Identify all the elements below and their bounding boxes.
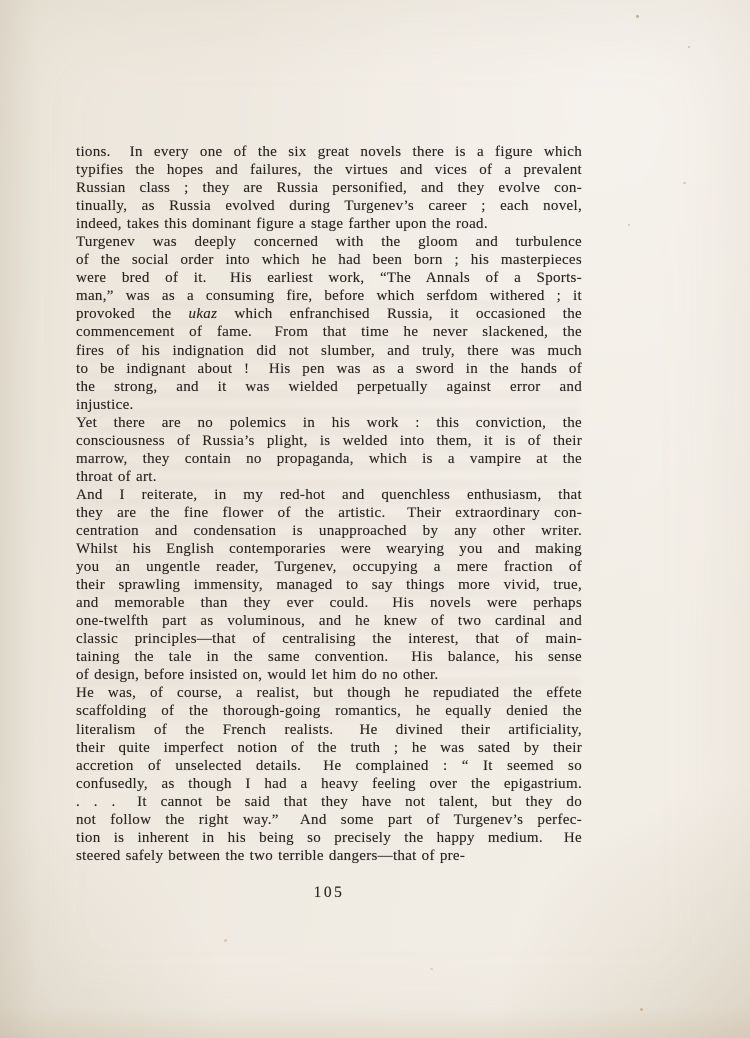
text-line: to be indignant about ! His pen was as a…	[76, 360, 582, 378]
paper-speck	[628, 224, 630, 226]
paper-speck	[683, 182, 686, 184]
text-line: man,” was as a consuming fire, before wh…	[76, 287, 582, 305]
text-line: injustice.	[76, 396, 582, 414]
text-line: the strong, and it was wielded perpetual…	[76, 378, 582, 396]
paper-speck	[640, 1008, 643, 1011]
text-line: their sprawling immensity, managed to sa…	[76, 576, 582, 594]
text-line: Russian class ; they are Russia personif…	[76, 179, 582, 197]
text-line: accretion of unselected details. He comp…	[76, 757, 582, 775]
text-line: provoked the ukaz which enfranchised Rus…	[76, 305, 582, 323]
text-line: of the social order into which he had be…	[76, 251, 582, 269]
italic-word: ukaz	[189, 306, 218, 322]
book-page: tions. In every one of the six great nov…	[0, 0, 750, 1038]
text-line: tion is inherent in his being so precise…	[76, 829, 582, 847]
text-line: classic principles—that of centralising …	[76, 630, 582, 648]
text-line: marrow, they contain no propaganda, whic…	[76, 450, 582, 468]
text-line: centration and condensation is unapproac…	[76, 522, 582, 540]
text-line: not follow the right way.” And some part…	[76, 811, 582, 829]
paragraph: tions. In every one of the six great nov…	[76, 143, 582, 233]
text-line: confusedly, as though I had a heavy feel…	[76, 775, 582, 793]
paragraph: Yet there are no polemics in his work : …	[76, 414, 582, 486]
text-line: . . . It cannot be said that they have n…	[76, 793, 582, 811]
text-line: tions. In every one of the six great nov…	[76, 143, 582, 161]
paper-speck	[688, 46, 690, 48]
text-line: and memorable than they ever could. His …	[76, 594, 582, 612]
text-line: commencement of fame. From that time he …	[76, 323, 582, 341]
paragraph: He was, of course, a realist, but though…	[76, 684, 582, 864]
text-line: of design, before insisted on, would let…	[76, 666, 582, 684]
page-number: 105	[76, 884, 582, 902]
text-line: were bred of it. His earliest work, “The…	[76, 269, 582, 287]
text-line: their quite imperfect notion of the trut…	[76, 739, 582, 757]
text-line: literalism of the French realists. He di…	[76, 721, 582, 739]
text-line: He was, of course, a realist, but though…	[76, 684, 582, 702]
paper-speck	[636, 15, 639, 18]
text-line: Whilst his English contemporaries were w…	[76, 540, 582, 558]
text-line: taining the tale in the same convention.…	[76, 648, 582, 666]
text-line: Turgenev was deeply concerned with the g…	[76, 233, 582, 251]
paper-speck	[224, 939, 227, 942]
paper-speck	[430, 968, 433, 970]
text-line: Yet there are no polemics in his work : …	[76, 414, 582, 432]
text-line: one-twelfth part as voluminous, and he k…	[76, 612, 582, 630]
text-line: And I reiterate, in my red-hot and quenc…	[76, 486, 582, 504]
text-line: throat of art.	[76, 468, 582, 486]
page-text: tions. In every one of the six great nov…	[76, 143, 582, 865]
text-line: scaffolding of the thorough-going romant…	[76, 702, 582, 720]
paragraph: Turgenev was deeply concerned with the g…	[76, 233, 582, 413]
text-line: indeed, takes this dominant figure a sta…	[76, 215, 582, 233]
text-line: you an ungentle reader, Turgenev, occupy…	[76, 558, 582, 576]
text-line: tinually, as Russia evolved during Turge…	[76, 197, 582, 215]
paragraph: And I reiterate, in my red-hot and quenc…	[76, 486, 582, 685]
text-line: they are the fine flower of the artistic…	[76, 504, 582, 522]
text-line: typifies the hopes and failures, the vir…	[76, 161, 582, 179]
text-line: fires of his indignation did not slumber…	[76, 342, 582, 360]
text-line: steered safely between the two terrible …	[76, 847, 582, 865]
text-line: consciousness of Russia’s plight, is wel…	[76, 432, 582, 450]
